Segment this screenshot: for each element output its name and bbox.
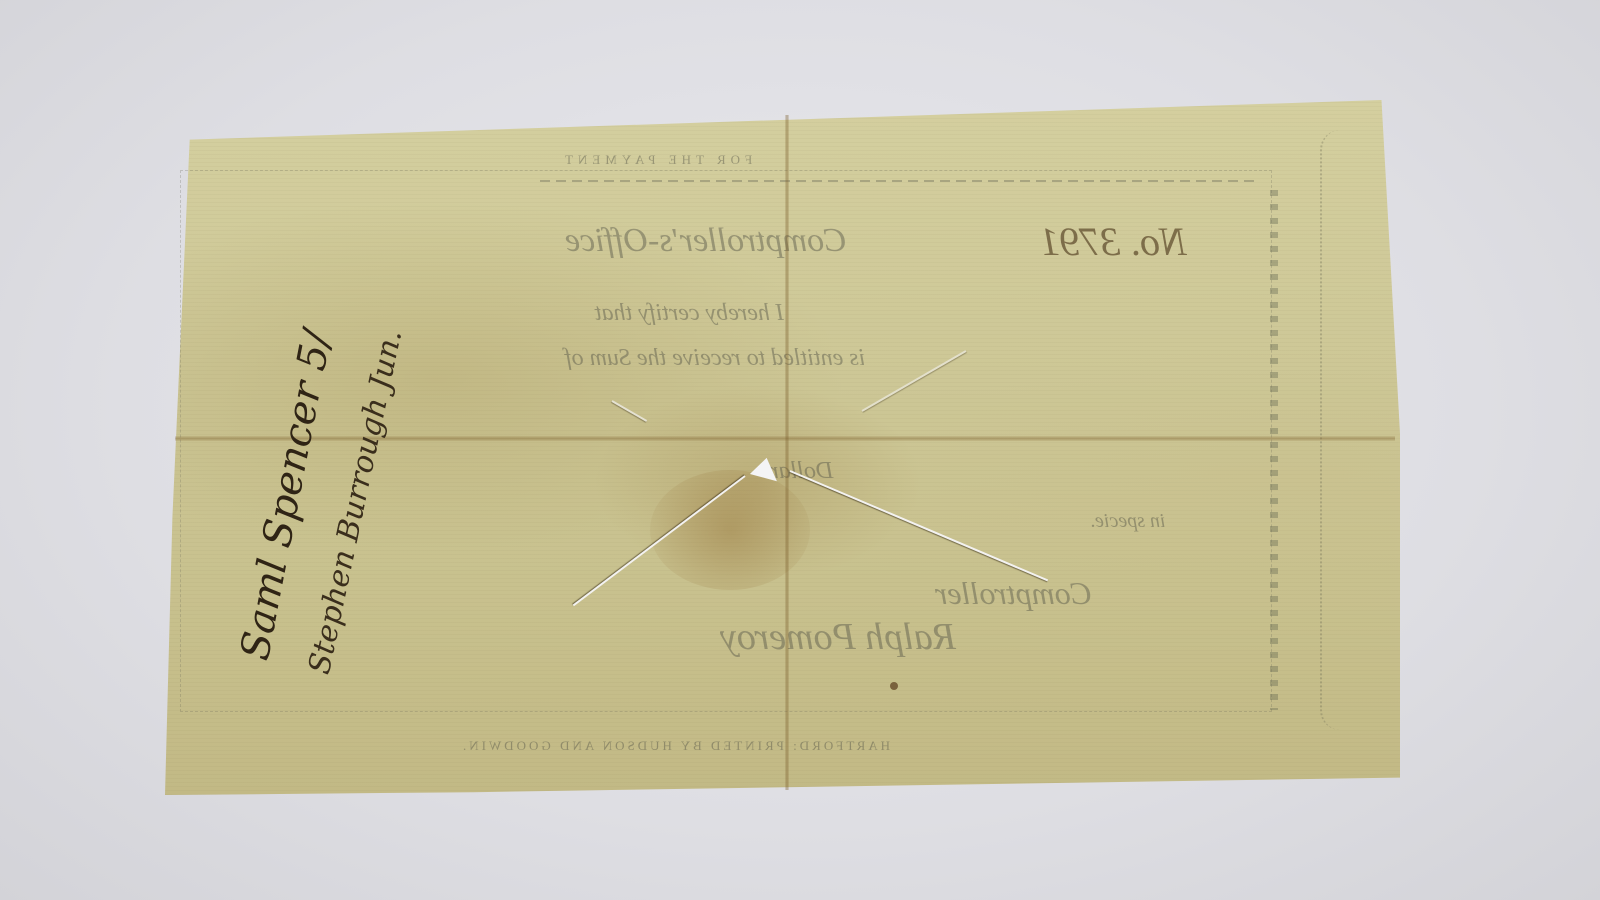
header-bleed-text: FOR THE PAYMENT bbox=[560, 152, 752, 168]
entitled-line-bleed: is entitled to receive the Sum of bbox=[565, 345, 865, 372]
header-text: FOR THE PAYMENT bbox=[560, 152, 752, 168]
scroll-ornament-edge bbox=[1320, 130, 1362, 730]
certify-line: I hereby certify that bbox=[595, 300, 784, 327]
specie-line: in specie. bbox=[1090, 510, 1166, 533]
vine-ornament-side bbox=[1270, 190, 1278, 710]
handwritten-signature: Ralph Pomeroy bbox=[720, 615, 956, 659]
entitled-line: is entitled to receive the Sum of bbox=[565, 345, 865, 372]
serial-number-bleed: No. 3791 bbox=[1040, 218, 1187, 265]
printer-line: HARTFORD: PRINTED BY HUDSON AND GOODWIN. bbox=[460, 738, 890, 754]
ink-spot bbox=[890, 682, 898, 690]
office-title: Comptroller's-Office bbox=[565, 222, 847, 260]
printed-signature: Comptroller bbox=[935, 575, 1092, 612]
printer-line-bleed: HARTFORD: PRINTED BY HUDSON AND GOODWIN. bbox=[460, 738, 890, 754]
serial-number: No. 3791 bbox=[1040, 218, 1187, 265]
handwritten-signature-bleed: Ralph Pomeroy bbox=[720, 615, 956, 659]
specie-line-bleed: in specie. bbox=[1090, 510, 1166, 533]
certify-line-bleed: I hereby certify that bbox=[595, 300, 784, 327]
printed-signature-bleed: Comptroller bbox=[935, 575, 1092, 612]
vine-ornament-top bbox=[540, 180, 1260, 182]
office-title-bleed: Comptroller's-Office bbox=[565, 222, 847, 260]
fold-line-vertical bbox=[785, 115, 789, 790]
